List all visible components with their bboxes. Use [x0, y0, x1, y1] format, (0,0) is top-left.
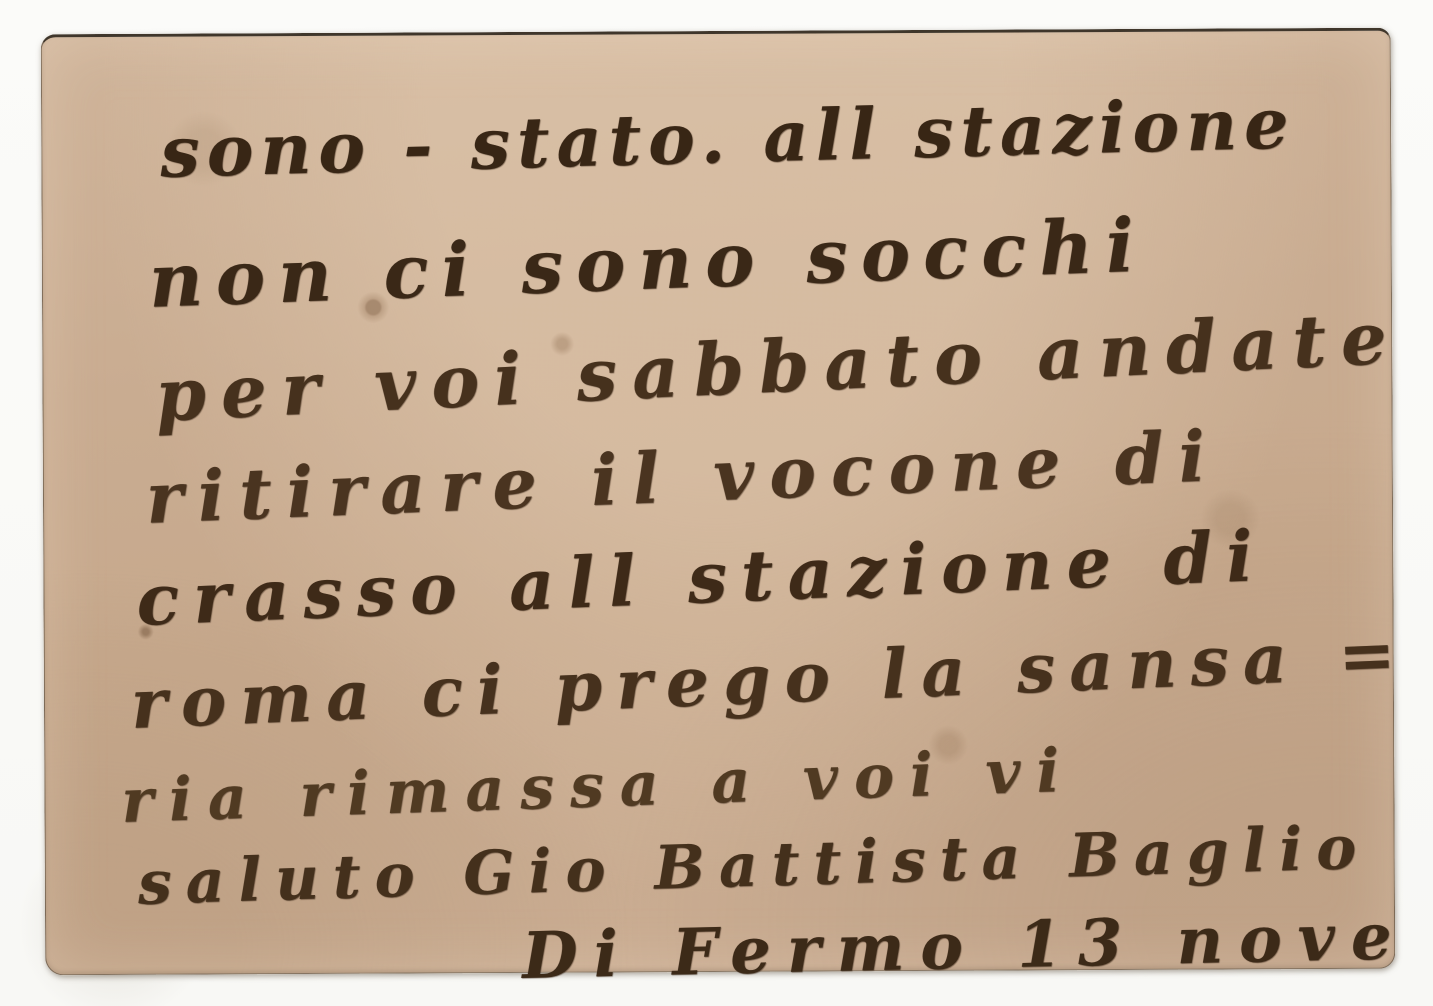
handwriting-line: ria rimassa a voi vi [120, 736, 1076, 837]
handwriting-line: Di Fermo 13 nove [521, 899, 1408, 994]
scan-background: sono - stato. all stazione non ci sono s… [0, 0, 1433, 1006]
handwriting-line: non ci sono socchi [147, 203, 1148, 325]
postcard: sono - stato. all stazione non ci sono s… [41, 28, 1396, 976]
handwriting-line: ritirare il vocone di [144, 414, 1221, 540]
handwriting-line: sono - stato. all stazione [159, 81, 1296, 193]
